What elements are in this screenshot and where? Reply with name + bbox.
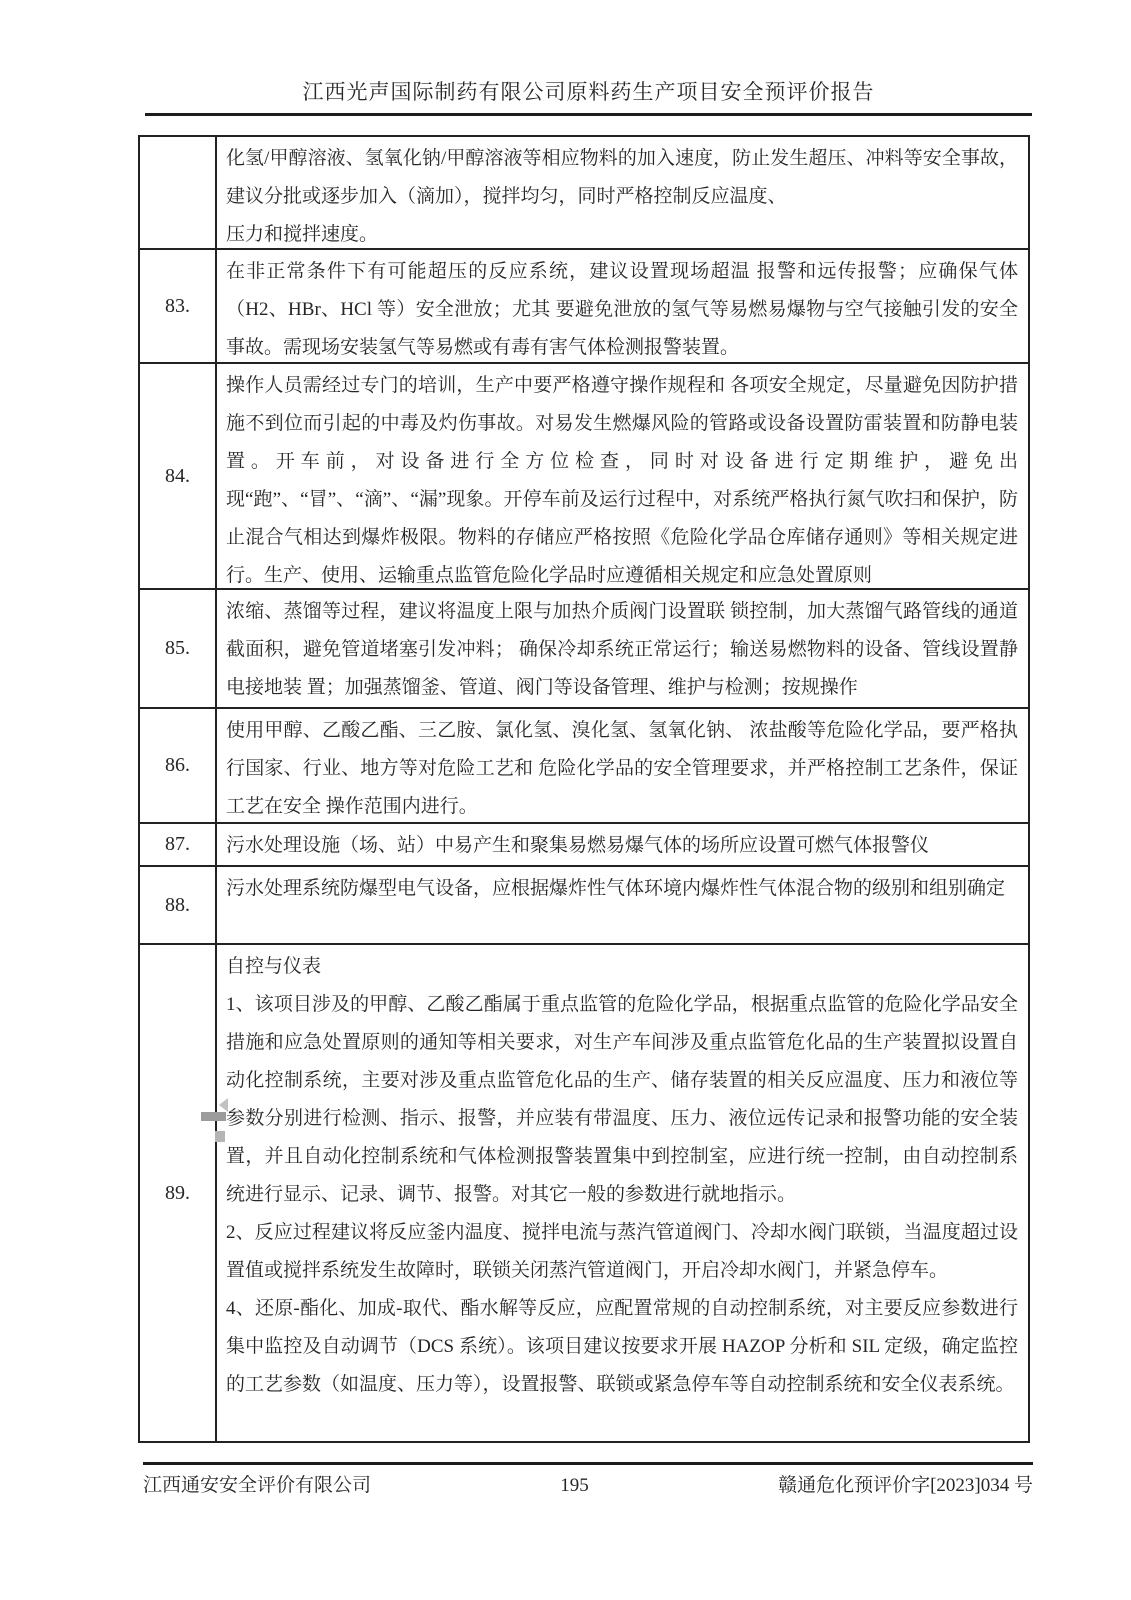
paragraph: 1、该项目涉及的甲醇、乙酸乙酯属于重点监管的危险化学品，根据重点监管的危险化学品…: [226, 986, 1018, 1214]
anchor-bar-icon: [201, 1112, 226, 1121]
safety-recommendations-table: 化氢/甲醇溶液、氢氧化钠/甲醇溶液等相应物料的加入速度，防止发生超压、冲料等安全…: [138, 135, 1030, 1443]
table-row-84: 84. 操作人员需经过专门的培训，生产中要严格遵守操作规程和 各项安全规定，尽量…: [140, 364, 1028, 590]
row-content-cell: 操作人员需经过专门的培训，生产中要严格遵守操作规程和 各项安全规定，尽量避免因防…: [217, 364, 1028, 588]
paragraph: 2、反应过程建议将反应釜内温度、搅拌电流与蒸汽管道阀门、冷却水阀门联锁，当温度超…: [226, 1214, 1018, 1290]
paragraph: 压力和搅拌速度。: [226, 216, 1018, 248]
row-content-cell: 自控与仪表 1、该项目涉及的甲醇、乙酸乙酯属于重点监管的危险化学品，根据重点监管…: [217, 945, 1028, 1441]
table-row-83: 83. 在非正常条件下有可能超压的反应系统，建议设置现场超温 报警和远传报警；应…: [140, 250, 1028, 364]
page-header: 江西光声国际制药有限公司原料药生产项目安全预评价报告: [145, 76, 1032, 116]
row-content-cell: 污水处理系统防爆型电气设备，应根据爆炸性气体环境内爆炸性气体混合物的级别和组别确…: [217, 867, 1028, 943]
paragraph: 污水处理设施（场、站）中易产生和聚集易燃易爆气体的场所应设置可燃气体报警仪: [226, 827, 1018, 865]
row-number-cell: 85.: [140, 590, 217, 707]
table-row-continuation: 化氢/甲醇溶液、氢氧化钠/甲醇溶液等相应物料的加入速度，防止发生超压、冲料等安全…: [140, 137, 1028, 250]
paragraph: 化氢/甲醇溶液、氢氧化钠/甲醇溶液等相应物料的加入速度，防止发生超压、冲料等安全…: [226, 140, 1018, 216]
row-number-cell: 86.: [140, 709, 217, 822]
paragraph: 污水处理系统防爆型电气设备，应根据爆炸性气体环境内爆炸性气体混合物的级别和组别确…: [226, 870, 1018, 908]
row-number-cell: 87.: [140, 824, 217, 865]
anchor-square-icon: [215, 1131, 225, 1142]
section-heading: 自控与仪表: [226, 948, 1018, 986]
row-number-cell: 83.: [140, 250, 217, 362]
footer-doc-number: 赣通危化预评价字[2023]034 号: [778, 1470, 1033, 1497]
report-title: 江西光声国际制药有限公司原料药生产项目安全预评价报告: [145, 76, 1032, 106]
paragraph: 在非正常条件下有可能超压的反应系统，建议设置现场超温 报警和远传报警；应确保气体…: [226, 253, 1018, 362]
row-content-cell: 在非正常条件下有可能超压的反应系统，建议设置现场超温 报警和远传报警；应确保气体…: [217, 250, 1028, 362]
anchor-triangle-icon: [219, 1098, 228, 1112]
page-number: 195: [560, 1475, 589, 1497]
row-number-cell: 84.: [140, 364, 217, 588]
document-page: 江西光声国际制药有限公司原料药生产项目安全预评价报告 化氢/甲醇溶液、氢氧化钠/…: [0, 0, 1131, 1600]
page-footer: 江西通安安全评价有限公司 195 赣通危化预评价字[2023]034 号: [143, 1470, 1033, 1497]
paragraph: 浓缩、蒸馏等过程，建议将温度上限与加热介质阀门设置联 锁控制，加大蒸馏气路管线的…: [226, 593, 1018, 707]
row-content-cell: 使用甲醇、乙酸乙酯、三乙胺、氯化氢、溴化氢、氢氧化钠、 浓盐酸等危险化学品，要严…: [217, 709, 1028, 822]
paragraph: 操作人员需经过专门的培训，生产中要严格遵守操作规程和 各项安全规定，尽量避免因防…: [226, 367, 1018, 588]
table-row-89: 89. 自控与仪表 1、该项目涉及的甲醇、乙酸乙酯属于重点监管的危险化学品，根据…: [140, 945, 1028, 1441]
table-row-86: 86. 使用甲醇、乙酸乙酯、三乙胺、氯化氢、溴化氢、氢氧化钠、 浓盐酸等危险化学…: [140, 709, 1028, 824]
row-content-cell: 污水处理设施（场、站）中易产生和聚集易燃易爆气体的场所应设置可燃气体报警仪: [217, 824, 1028, 865]
footer-divider: [143, 1462, 1033, 1465]
footer-company: 江西通安安全评价有限公司: [143, 1470, 371, 1497]
table-row-87: 87. 污水处理设施（场、站）中易产生和聚集易燃易爆气体的场所应设置可燃气体报警…: [140, 824, 1028, 867]
row-number-cell: 89.: [140, 945, 217, 1441]
row-content-cell: 浓缩、蒸馏等过程，建议将温度上限与加热介质阀门设置联 锁控制，加大蒸馏气路管线的…: [217, 590, 1028, 707]
row-number-cell: [140, 137, 217, 248]
table-row-88: 88. 污水处理系统防爆型电气设备，应根据爆炸性气体环境内爆炸性气体混合物的级别…: [140, 867, 1028, 945]
row-content-cell: 化氢/甲醇溶液、氢氧化钠/甲醇溶液等相应物料的加入速度，防止发生超压、冲料等安全…: [217, 137, 1028, 248]
paragraph: 4、还原-酯化、加成-取代、酯水解等反应，应配置常规的自动控制系统，对主要反应参…: [226, 1290, 1018, 1404]
row-number-cell: 88.: [140, 867, 217, 943]
paragraph: 使用甲醇、乙酸乙酯、三乙胺、氯化氢、溴化氢、氢氧化钠、 浓盐酸等危险化学品，要严…: [226, 712, 1018, 822]
table-row-85: 85. 浓缩、蒸馏等过程，建议将温度上限与加热介质阀门设置联 锁控制，加大蒸馏气…: [140, 590, 1028, 709]
